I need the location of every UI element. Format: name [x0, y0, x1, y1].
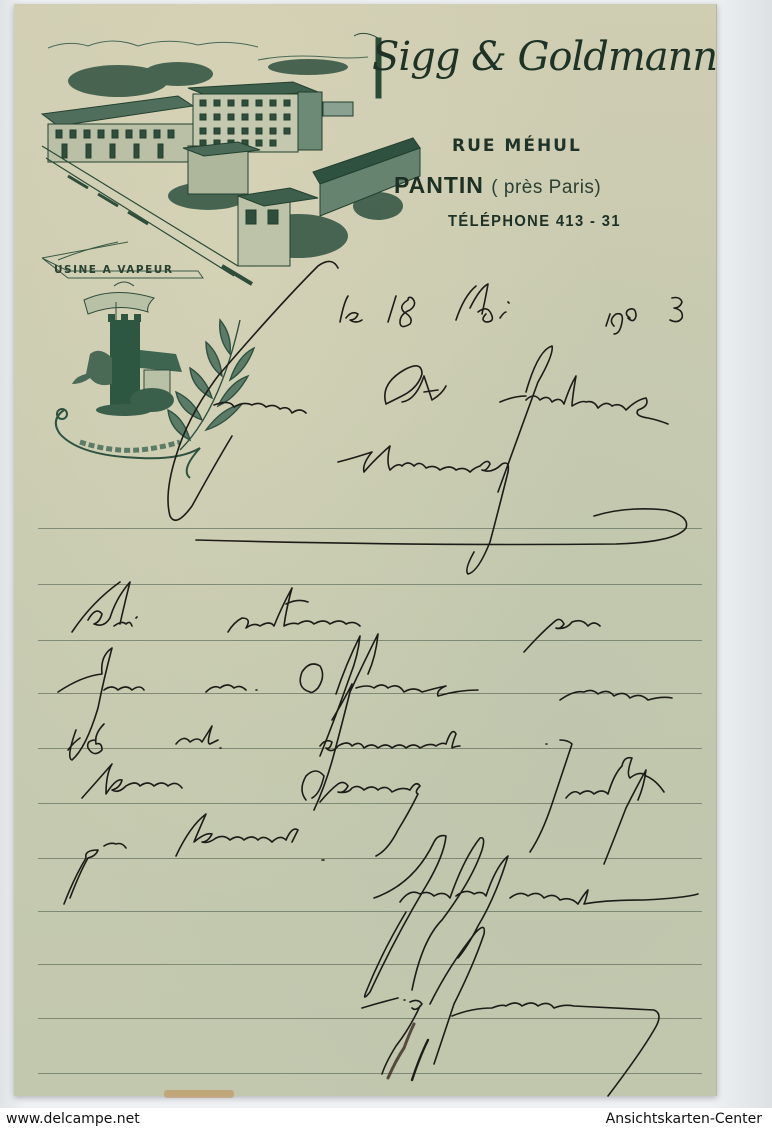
- image-footer: www.delcampe.net Ansichtskarten-Center: [0, 1108, 772, 1131]
- street-address: RUE MÉHUL: [452, 136, 582, 156]
- ruled-line: [38, 528, 702, 529]
- ruled-line: [38, 911, 702, 912]
- footer-source-link[interactable]: www.delcampe.net: [6, 1111, 140, 1127]
- firm-name: Sigg & Goldmann: [372, 34, 717, 80]
- tower-crest-icon: [40, 280, 280, 490]
- factory-banner-label: USINE A VAPEUR: [54, 264, 173, 276]
- ruled-line: [38, 748, 702, 749]
- city-name: PANTIN: [394, 172, 484, 198]
- footer-seller-name: Ansichtskarten-Center: [606, 1111, 762, 1127]
- ruled-line: [38, 584, 702, 585]
- ruled-line: [38, 640, 702, 641]
- paper-stain: [164, 1090, 234, 1098]
- ruled-line: [38, 1018, 702, 1019]
- ruled-line: [38, 693, 702, 694]
- ruled-line: [38, 1073, 702, 1074]
- ruled-line: [38, 858, 702, 859]
- factory-illustration-icon: [28, 26, 428, 286]
- ruled-line: [38, 803, 702, 804]
- telephone-number: TÉLÉPHONE 413 - 31: [448, 213, 621, 231]
- ruled-line: [38, 964, 702, 965]
- city-note: ( près Paris): [491, 177, 601, 198]
- city-address: PANTIN ( près Paris): [394, 172, 601, 199]
